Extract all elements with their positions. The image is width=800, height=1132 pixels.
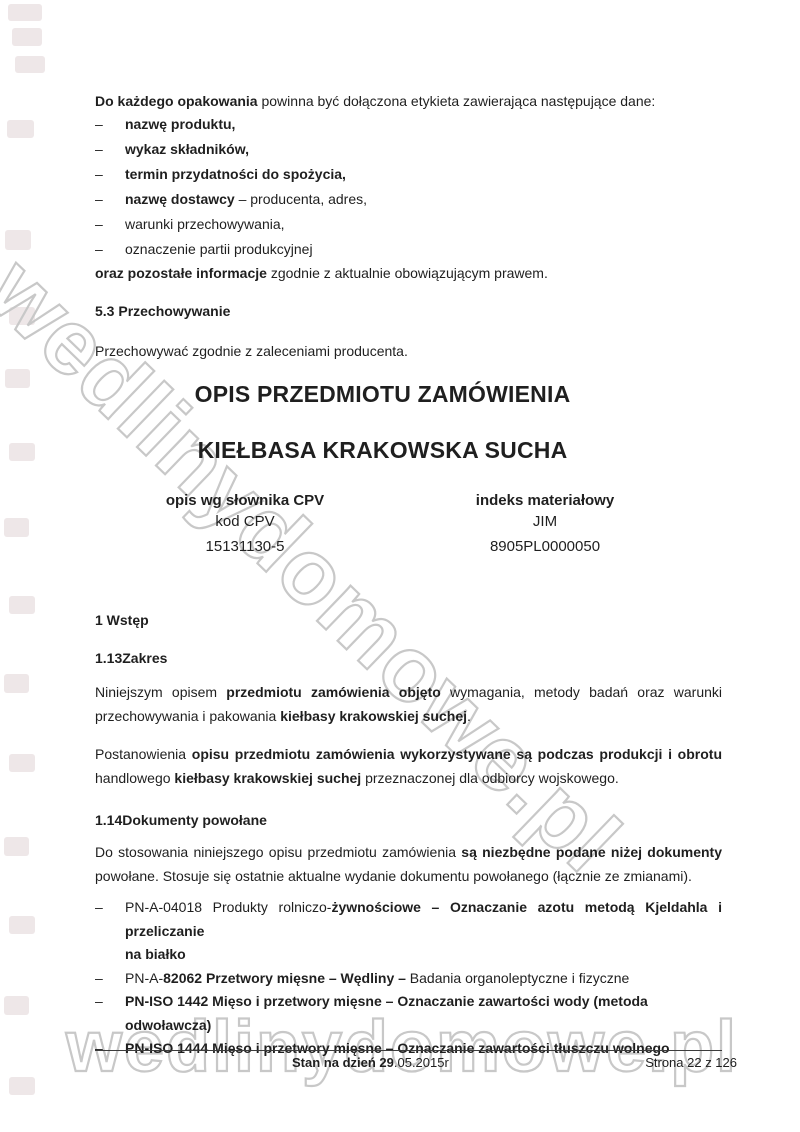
paragraph-line: Postanowienia opisu przedmiotu zamówieni… [95,743,722,767]
jim-sublabel: JIM [395,511,695,532]
doc-title-line1: OPIS PRZEDMIOTU ZAMÓWIENIA [95,381,670,407]
list-item: –warunki przechowywania, [95,212,722,237]
list-item-text: na białko [125,943,722,967]
text-run: warunki przechowywania, [125,216,285,232]
list-item-text: PN-ISO 1442 Mięso i przetwory mięsne – O… [125,990,722,1037]
jim-header: indeks materiałowy [395,490,695,511]
list-marker: – [95,1037,103,1061]
text-run: nazwę dostawcy [125,191,235,207]
paragraph-line: oraz pozostałe informacje zgodnie z aktu… [95,262,722,286]
list-item-text: PN-A-04018 Produkty rolniczo-żywnościowe… [125,896,722,943]
paragraph-line: Do stosowania niniejszego opisu przedmio… [95,841,722,865]
list-item-text: termin przydatności do spożycia, [125,162,722,187]
list-item-text: wykaz składników, [125,137,722,162]
text-run: są niezbędne podane niżej dokumenty [461,844,722,860]
paragraph-usage: Postanowienia opisu przedmiotu zamówieni… [95,743,722,790]
text-run: handlowego [95,770,174,786]
text-run: Postanowienia [95,746,192,762]
text-run: PN-ISO 1442 Mięso i przetwory mięsne – O… [125,993,648,1033]
list-item: –termin przydatności do spożycia, [95,162,722,187]
list-item: na białko [95,943,722,967]
list-marker: – [95,212,103,237]
footer-status-suffix: .05.2015r [394,1055,449,1070]
paragraph-references-intro: Do stosowania niniejszego opisu przedmio… [95,841,722,888]
footer-status: Stan na dzień 29.05.2015r [292,1055,449,1070]
heading-storage: 5.3 Przechowywanie [95,300,722,324]
text-run: kiełbasy krakowskiej suchej [280,708,467,724]
text-run: wykaz składników, [125,141,249,157]
heading-wstep: 1 Wstęp [95,609,722,633]
list-item: –oznaczenie partii produkcyjnej [95,237,722,262]
text-run: powinna być dołączona etykieta zawierają… [258,93,656,109]
text-run: oznaczenie partii produkcyjnej [125,241,313,257]
text-run: PN-ISO 1444 Mięso i przetwory mięsne – O… [125,1040,670,1056]
storage-note: Przechowywać zgodnie z zaleceniami produ… [95,340,722,364]
list-marker: – [95,162,103,187]
text-run: Do stosowania niniejszego opisu przedmio… [95,844,461,860]
list-item-text: nazwę produktu, [125,112,722,137]
text-run: PN-A-04018 Produkty rolniczo- [125,899,331,915]
list-item-text: warunki przechowywania, [125,212,722,237]
doc-title-line2: KIEŁBASA KRAKOWSKA SUCHA [95,437,670,463]
text-run: przechowywania i pakowania [95,708,280,724]
intro-paragraph: Do każdego opakowania powinna być dołącz… [95,90,722,114]
paragraph-line: powołane. Stosuje się ostatnie aktualne … [95,865,722,889]
text-run: kiełbasy krakowskiej suchej [174,770,361,786]
text-run: Badania organoleptyczne i fizyczne [410,970,629,986]
list-marker: – [95,896,103,920]
text-run: 82062 Przetwory mięsne – Wędliny – [163,970,410,986]
references-list: –PN-A-04018 Produkty rolniczo-żywnościow… [95,896,722,1061]
list-marker: – [95,237,103,262]
text-run: PN-A- [125,970,163,986]
list-marker: – [95,137,103,162]
paragraph-line: Niniejszym opisem przedmiotu zamówienia … [95,681,722,705]
text-run: . [467,708,471,724]
list-item: –wykaz składników, [95,137,722,162]
text-run: na białko [125,946,186,962]
oraz-line: oraz pozostałe informacje zgodnie z aktu… [95,262,722,286]
text-run: przeznaczonej dla odbiorcy wojskowego. [361,770,619,786]
list-marker: – [95,967,103,991]
text-run: Do każdego opakowania [95,93,258,109]
cpv-code: 15131130-5 [95,536,395,557]
jim-column: indeks materiałowy JIM 8905PL0000050 [395,490,695,557]
text-run: Niniejszym opisem [95,684,226,700]
list-item: –nazwę produktu, [95,112,722,137]
list-item-text: PN-A-82062 Przetwory mięsne – Wędliny – … [125,967,722,991]
text-run: nazwę produktu, [125,116,235,132]
text-run: przedmiotu zamówienia objęto [226,684,441,700]
cpv-header: opis wg słownika CPV [95,490,395,511]
list-item: –nazwę dostawcy – producenta, adres, [95,187,722,212]
list-marker: – [95,187,103,212]
list-marker: – [95,990,103,1014]
text-run: wymagania, metody badań oraz warunki [441,684,722,700]
paragraph-line: Do każdego opakowania powinna być dołącz… [95,90,722,114]
text-run: opisu przedmiotu zamówienia wykorzystywa… [192,746,722,762]
paragraph-scope: Niniejszym opisem przedmiotu zamówienia … [95,681,722,728]
codes-row: opis wg słownika CPV kod CPV 15131130-5 … [95,490,722,557]
list-item: –PN-A-04018 Produkty rolniczo-żywnościow… [95,896,722,943]
text-run: oraz pozostałe informacje [95,265,267,281]
cpv-column: opis wg słownika CPV kod CPV 15131130-5 [95,490,395,557]
list-item: –PN-ISO 1442 Mięso i przetwory mięsne – … [95,990,722,1037]
list-item-text: oznaczenie partii produkcyjnej [125,237,722,262]
text-run: powołane. Stosuje się ostatnie aktualne … [95,868,692,884]
cpv-sublabel: kod CPV [95,511,395,532]
paragraph-line: przechowywania i pakowania kiełbasy krak… [95,705,722,729]
text-run: zgodnie z aktualnie obowiązującym prawem… [267,265,548,281]
list-item: –PN-A-82062 Przetwory mięsne – Wędliny –… [95,967,722,991]
text-run: – producenta, adres, [235,191,367,207]
list-item-text: nazwę dostawcy – producenta, adres, [125,187,722,212]
document-page: wedlinydomowe.pl wedlinydomowe.pl Do każ… [0,0,800,1132]
heading-dokumenty: 1.14Dokumenty powołane [95,809,722,833]
paragraph-line: handlowego kiełbasy krakowskiej suchej p… [95,767,722,791]
list-marker: – [95,112,103,137]
text-run: termin przydatności do spożycia, [125,166,346,182]
footer-rule [95,1050,722,1051]
document-content: Do każdego opakowania powinna być dołącz… [0,0,800,1132]
heading-zakres: 1.13Zakres [95,647,722,671]
footer-status-date: Stan na dzień 29 [292,1055,394,1070]
footer-page-number: Strona 22 z 126 [645,1055,737,1070]
jim-code: 8905PL0000050 [395,536,695,557]
label-list: –nazwę produktu,–wykaz składników,–termi… [95,112,722,262]
